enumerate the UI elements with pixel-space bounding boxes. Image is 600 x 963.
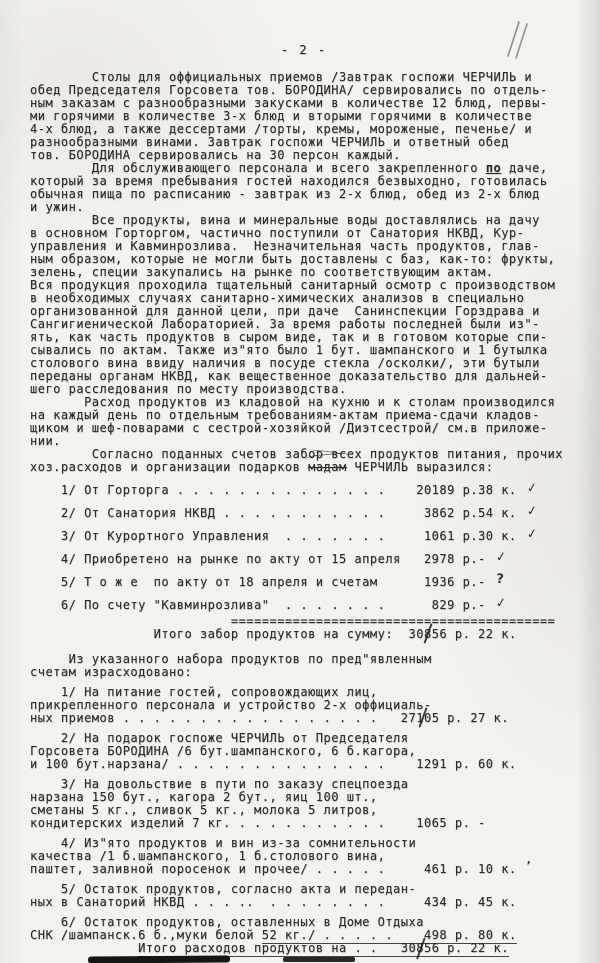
intake-item: 5/ Т о ж е по акту от 18 апреля и счетам… xyxy=(30,576,578,589)
pen-corrected-figure: 8 xyxy=(416,941,424,957)
text-line: хоз.расходов и организации подарков мада… xyxy=(30,461,578,474)
text-line: ных приемов . . . . . . . . . . . . . . … xyxy=(30,712,578,725)
tick-mark: ʼ xyxy=(527,859,532,872)
text-line: ных в Санаторий НКВД . . . .. . . . . . … xyxy=(30,896,578,909)
text-segment: по xyxy=(486,161,501,175)
document-lines: Столы для оффициальных приемов /Завтрак … xyxy=(30,71,578,955)
struck-word: мадам xyxy=(308,460,347,474)
check-mark: ✓ xyxy=(526,504,539,518)
text-segment: 56 р. 22 к. xyxy=(424,941,509,957)
intake-item: 2/ От Санатория НКВД . . . . . . . . . .… xyxy=(30,507,578,520)
intake-item: 4/ Приобретено на рынке по акту от 15 ап… xyxy=(30,553,578,566)
text-line: счетам израсходовано: xyxy=(30,666,578,679)
intake-item: 1/ От Горторга . . . . . . . . . . . . .… xyxy=(30,484,578,497)
check-mark: ✓ xyxy=(495,596,508,610)
check-mark: ✓ xyxy=(526,527,539,541)
scan-artifact xyxy=(88,956,230,963)
question-mark: ? xyxy=(496,573,505,587)
document-page: - 2 - Столы для оффициальных приемов /За… xyxy=(30,44,578,955)
text-line: кондитерских изделий 7 кг. . . . . . . .… xyxy=(30,817,578,830)
pen-corrected-figure: 7105 xyxy=(409,711,440,725)
text-line: паштет, заливной поросенок и прочее/ . .… xyxy=(30,863,578,876)
text-line: щиком и шеф-поварами с сестрой-хозяйкой … xyxy=(30,422,578,435)
check-mark: ✓ xyxy=(495,550,508,564)
text-segment: Итого расходов продуктов на . . 30 xyxy=(138,941,416,957)
intake-item: 3/ От Курортного Управления . . . . . . … xyxy=(30,530,578,543)
check-mark: ✓ xyxy=(526,481,539,495)
pen-corrected-figure: 8 xyxy=(424,627,432,641)
total-intake-line: Итого забор продуктов на сумму: 30856 р.… xyxy=(30,628,578,641)
intake-item: 6/ По счету "Кавминрозлива" . . . . . . … xyxy=(30,599,578,612)
text-line: и 100 бут.нарзана/ . . . . . . . . . . .… xyxy=(30,758,578,771)
text-line: обычная пища по расписанию - завтрак из … xyxy=(30,188,578,201)
scan-artifact xyxy=(283,957,355,962)
page-number: - 2 - xyxy=(30,44,578,57)
total-expense-line: Итого расходов продуктов на . . 30856 р.… xyxy=(30,942,578,955)
